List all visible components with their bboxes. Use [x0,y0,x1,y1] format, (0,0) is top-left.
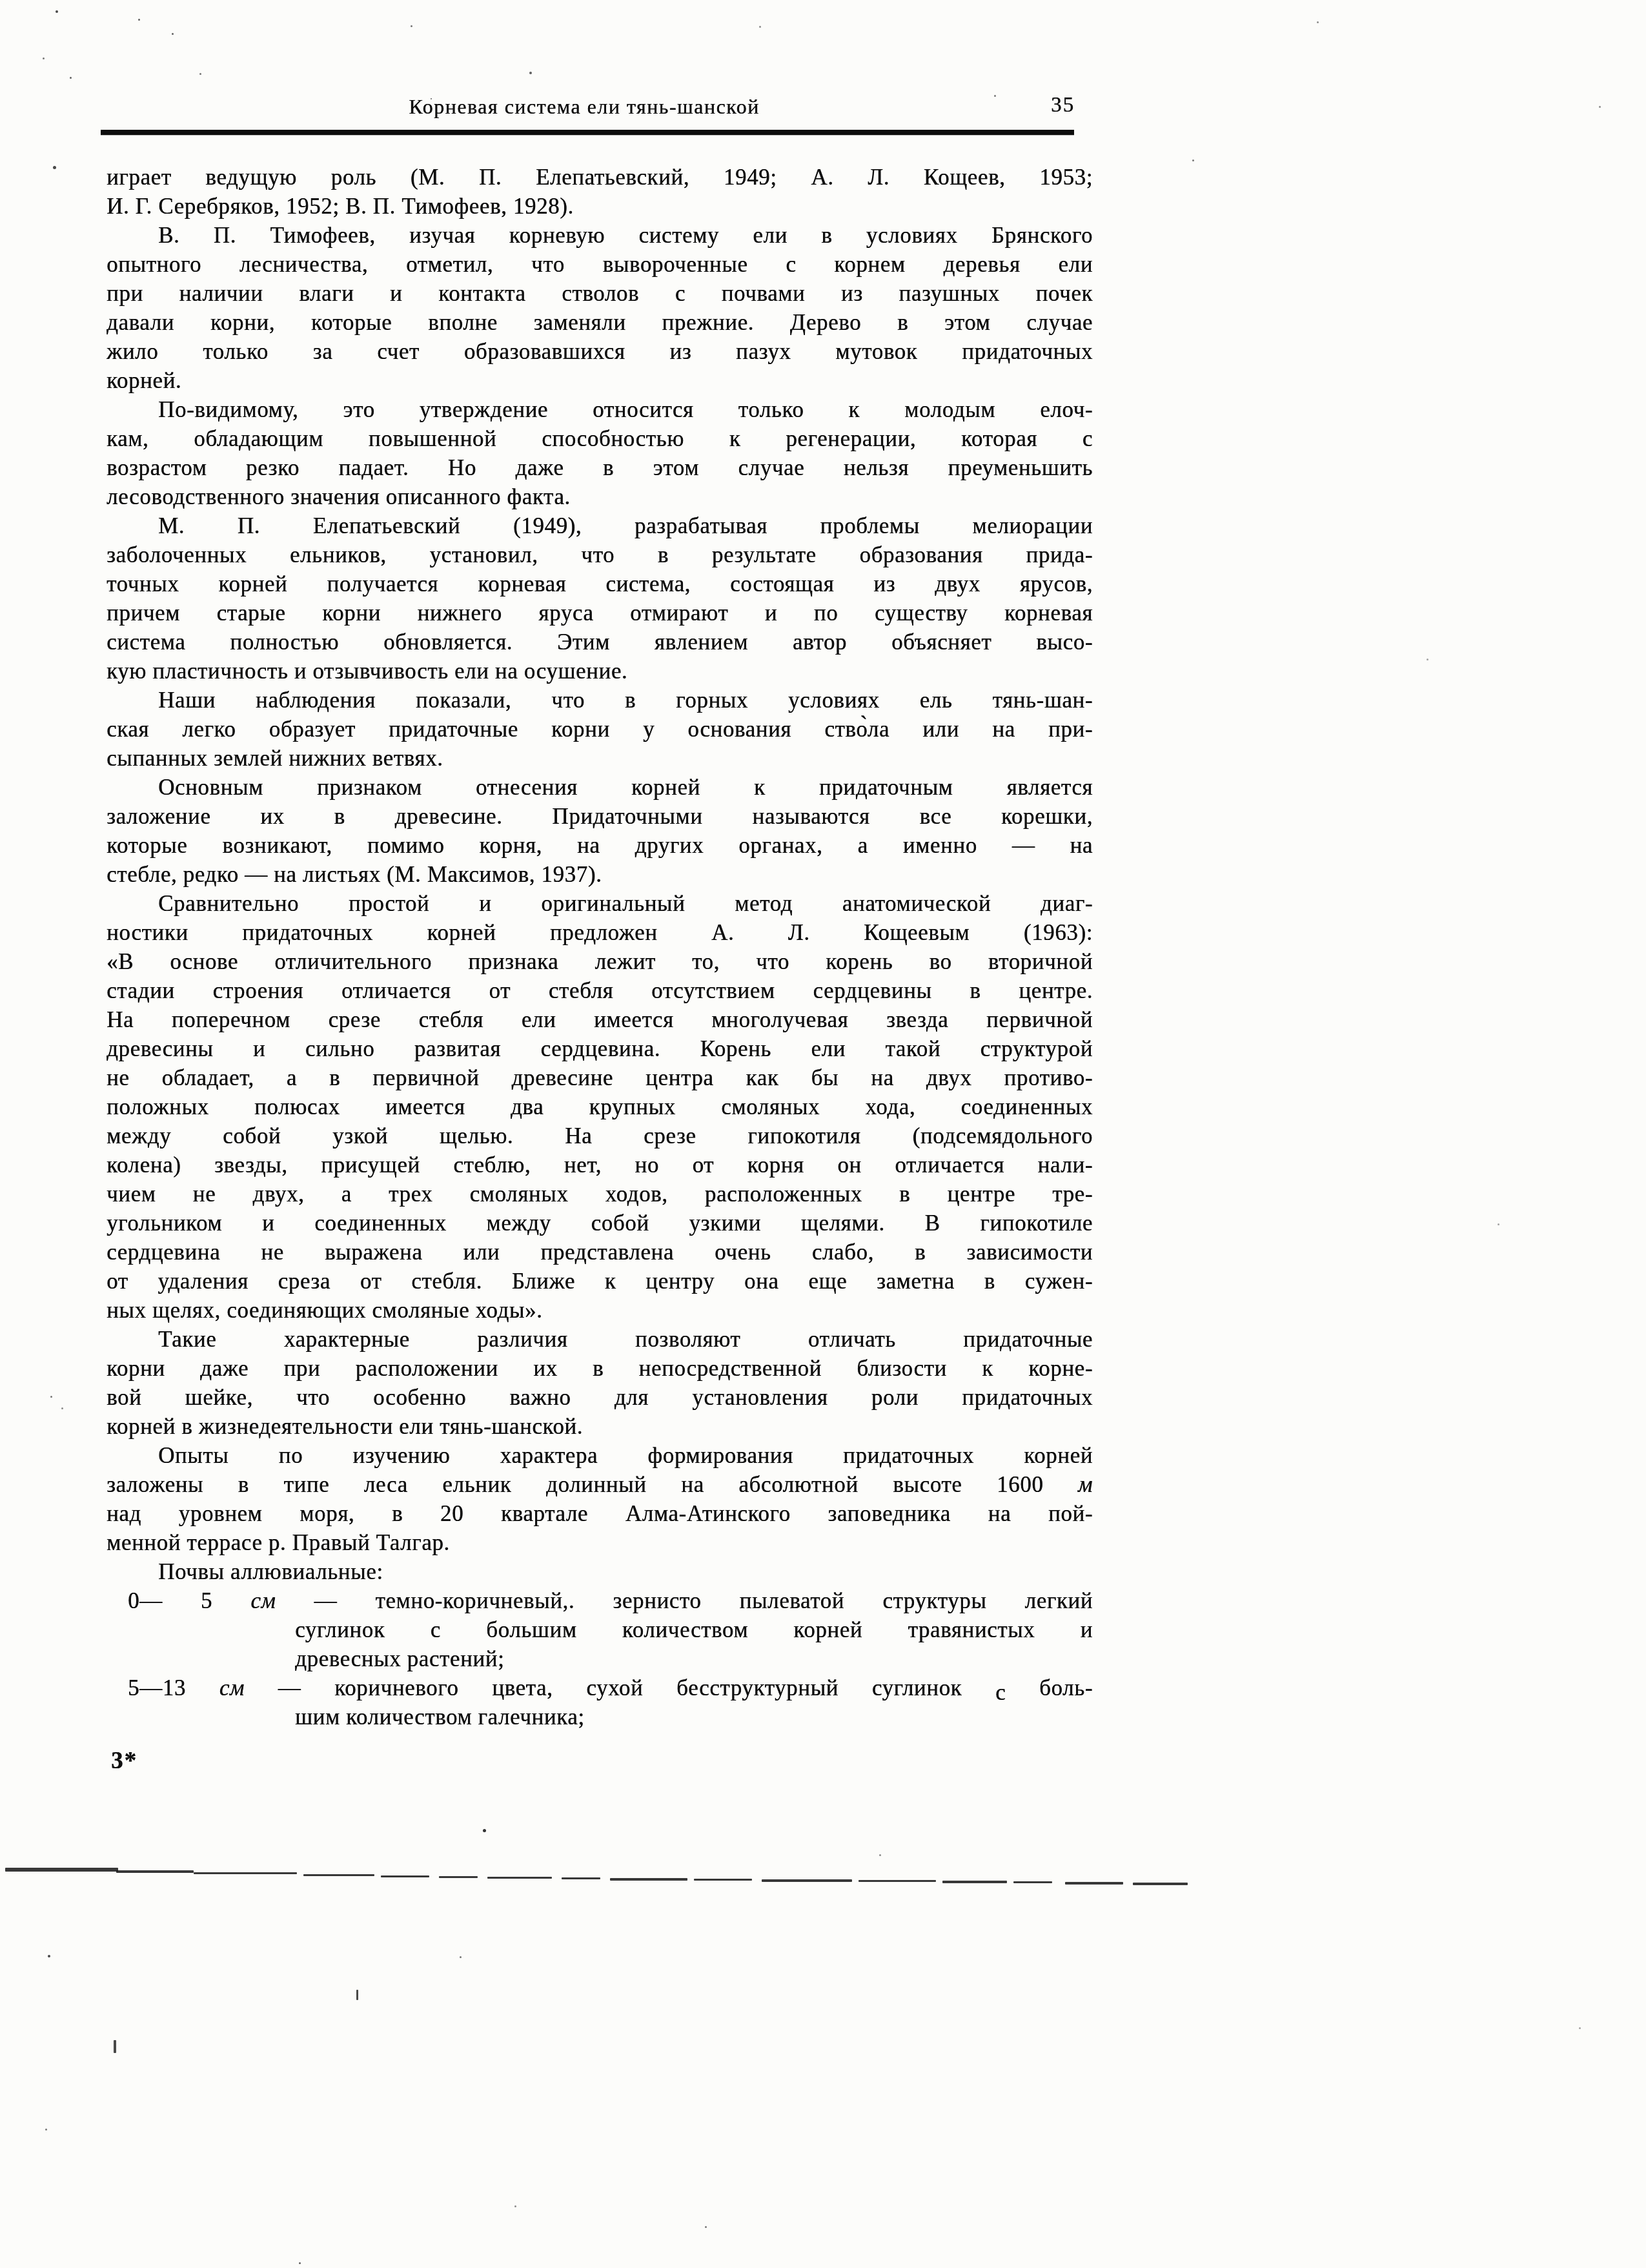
text-line: над уровнем моря, в 20 квартале Алма-Ати… [107,1499,1093,1528]
text-line: Почвы аллювиальные: [107,1557,1093,1586]
scan-artifact-line-segment [487,1877,552,1879]
scan-artifact-line-segment [194,1872,297,1874]
text-line: древесных растений; [107,1644,1093,1673]
text-line: сердцевина не выражена или представлена … [107,1238,1093,1267]
scan-speck [431,98,432,99]
running-title: Корневая система ели тянь-шанской [409,95,759,118]
text-line: корней. [107,366,1093,395]
scan-speck [199,73,201,75]
text-line: древесины и сильно развитая сердцевина. … [107,1034,1093,1063]
text-line: 5—13 см — коричневого цвета, сухой бесст… [107,1673,1093,1702]
text-line: чием не двух, а трех смоляных ходов, рас… [107,1180,1093,1209]
text-line: шим количеством галечника; [107,1702,1093,1732]
scan-tick-mark [356,1990,358,2000]
scan-speck [514,2205,516,2207]
scan-speck [299,2262,301,2264]
scan-speck [1579,2027,1581,2029]
scan-speck [53,166,56,169]
scan-speck [50,1396,52,1398]
text-line: которые возникают, помимо корня, на друг… [107,831,1093,860]
scan-artifact-line-segment [1065,1882,1123,1885]
text-line: положных полюсах имеется два крупных смо… [107,1092,1093,1121]
text-line: суглинок с большим количеством корней тр… [107,1615,1093,1644]
scan-speck [759,26,761,28]
scan-artifact-line-segment [694,1879,752,1881]
text-line: система полностью обновляется. Этим явле… [107,628,1093,657]
text-line: от удаления среза от стебля. Ближе к цен… [107,1267,1093,1296]
text-line: Сравнительно простой и оригинальный мето… [107,889,1093,918]
text-line: сыпанных землей нижних ветвях. [107,744,1093,773]
scan-speck [994,95,996,97]
scan-speck [56,10,58,13]
text-line: И. Г. Серебряков, 1952; В. П. Тимофеев, … [107,192,1093,221]
scan-artifact-line-segment [610,1878,687,1881]
text-line: В. П. Тимофеев, изучая корневую систему … [107,221,1093,250]
text-line: заложение их в древесине. Придаточными н… [107,802,1093,831]
text-line: ных щелях, соединяющих смоляные ходы». [107,1296,1093,1325]
scan-artifact-line-segment [439,1876,478,1878]
text-line: Такие характерные различия позволяют отл… [107,1325,1093,1354]
scan-speck [45,2129,47,2130]
scan-speck [529,72,532,74]
text-line: корней в жизнедеятельности ели тянь-шанс… [107,1412,1093,1441]
text-line: угольником и соединенных между собой узк… [107,1209,1093,1238]
text-line: М. П. Елепатьевский (1949), разрабатывая… [107,511,1093,540]
text-line: лесоводственного значения описанного фак… [107,482,1093,511]
header-rule [101,130,1074,135]
text-line: заболоченных ельников, установил, что в … [107,540,1093,569]
scan-artifact-line-segment [562,1877,600,1879]
scan-artifact-line-segment [116,1870,194,1873]
running-head: Корневая система ели тянь-шанской [91,95,1077,119]
text-line: «В основе отличительного признака лежит … [107,947,1093,976]
text-line: кую пластичность и отзывчивость ели на о… [107,657,1093,686]
scan-speck [70,77,72,79]
text-line: Основным признаком отнесения корней к пр… [107,773,1093,802]
scan-artifact-line-segment [859,1880,936,1882]
scan-speck [138,19,140,21]
text-line: По-видимому, это утверждение относится т… [107,395,1093,424]
text-line: не обладает, а в первичной древесине цен… [107,1063,1093,1092]
text-line: вой шейке, что особенно важно для устано… [107,1383,1093,1412]
text-line: заложены в типе леса ельник долинный на … [107,1470,1093,1499]
text-line: ская легко образует придаточные корни у … [107,715,1093,744]
scan-speck [172,33,174,35]
text-line: Наши наблюдения показали, что в горных у… [107,686,1093,715]
scan-speck [1427,659,1428,660]
scan-artifact-line-segment [1013,1881,1052,1883]
text-line: жило только за счет образовавшихся из па… [107,337,1093,366]
text-line: 0— 5 см — темно-коричневый,. зернисто пы… [107,1586,1093,1615]
scan-artifact-line-segment [303,1874,374,1876]
scan-speck [1498,1223,1499,1225]
text-line: менной террасе р. Правый Талгар. [107,1528,1093,1557]
text-line: между собой узкой щелью. На срезе гипоко… [107,1121,1093,1150]
scan-artifact-line-segment [381,1875,429,1877]
scan-artifact-line-segment [5,1868,118,1872]
text-line: опытного лесничества, отметил, что вывор… [107,250,1093,279]
text-line: играет ведущую роль (М. П. Елепатьевский… [107,163,1093,192]
scan-speck [460,1956,462,1958]
scan-tick-mark [114,2040,116,2053]
text-line: давали корни, которые вполне заменяли пр… [107,308,1093,337]
scan-speck [61,1407,63,1409]
text-line: стадии строения отличается от стебля отс… [107,976,1093,1005]
scan-speck [483,1829,486,1832]
text-line: при наличии влаги и контакта стволов с п… [107,279,1093,308]
text-line: кам, обладающим повышенной способностью … [107,424,1093,453]
scan-artifact-line-segment [762,1879,852,1882]
text-line: корни даже при расположении их в непосре… [107,1354,1093,1383]
scan-speck [43,57,45,59]
page-number: 35 [1026,94,1075,117]
text-line: На поперечном срезе стебля ели имеется м… [107,1005,1093,1034]
text-line: возрастом резко падает. Но даже в этом с… [107,453,1093,482]
scanned-book-page: Корневая система ели тянь-шанской 35 игр… [0,0,1646,2268]
text-line: ностики придаточных корней предложен А. … [107,918,1093,947]
text-line: причем старые корни нижнего яруса отмира… [107,598,1093,628]
text-line: стебле, редко — на листьях (М. Максимов,… [107,860,1093,889]
text-line: точных корней получается корневая систем… [107,569,1093,598]
scan-artifact-line-segment [1133,1883,1188,1885]
scan-speck [1599,106,1601,108]
scan-artifact-line-segment [942,1881,1007,1883]
body-text: играет ведущую роль (М. П. Елепатьевский… [107,163,1093,1732]
text-line: Опыты по изучению характера формирования… [107,1441,1093,1470]
signature-mark: 3* [111,1747,137,1775]
scan-speck [1192,159,1194,161]
text-line: колена) звезды, присущей стеблю, нет, но… [107,1150,1093,1180]
scan-speck [705,2226,707,2228]
scan-speck [48,1955,50,1957]
scan-speck [411,25,412,27]
scan-speck [879,1854,881,1856]
scan-speck [1317,21,1319,23]
